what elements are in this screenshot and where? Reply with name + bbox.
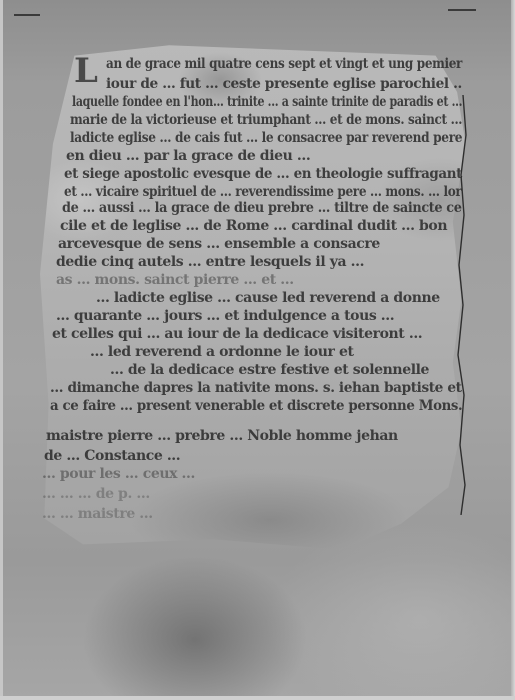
inscription-line: ... dimanche dapres la nativite mons. s.… bbox=[50, 380, 462, 396]
photo-border-right bbox=[511, 0, 515, 700]
inscription-line: ladicte eglise ... de cais fut ... le co… bbox=[70, 130, 462, 146]
inscription-line: ... pour les ... ceux ... bbox=[42, 466, 195, 482]
photo-border-left bbox=[0, 0, 3, 700]
inscription-line: ... de la dedicace estre festive et sole… bbox=[110, 362, 429, 378]
inscription-line: de ... aussi ... la grace de dieu prebre… bbox=[62, 200, 462, 216]
inscription-line: an de grace mil quatre cens sept et ving… bbox=[106, 56, 462, 72]
wall-mark-right bbox=[448, 9, 476, 11]
inscription-line: a ce faire ... present venerable et disc… bbox=[50, 398, 462, 414]
inscription-line: ... ladicte eglise ... cause led reveren… bbox=[96, 290, 440, 306]
wall-mark-left bbox=[14, 14, 40, 16]
inscription-line: en dieu ... par la grace de dieu ... bbox=[66, 148, 310, 164]
inscription-line: de ... Constance ... bbox=[44, 448, 180, 464]
inscription-line: cile et de leglise ... de Rome ... cardi… bbox=[60, 218, 447, 234]
inscription-line: maistre pierre ... prebre ... Noble homm… bbox=[46, 428, 398, 444]
decorated-initial: L bbox=[74, 56, 100, 86]
inscription-line: as ... mons. sainct pierre ... et ... bbox=[56, 272, 294, 288]
inscription-line: et siege apostolic evesque de ... en the… bbox=[64, 166, 462, 182]
inscription-line: marie de la victorieuse et triumphant ..… bbox=[70, 112, 462, 128]
inscription-line: et celles qui ... au iour de la dedicace… bbox=[52, 326, 422, 342]
inscription-line: ... led reverend a ordonne le iour et bbox=[90, 344, 354, 360]
inscription-line: et ... vicaire spirituel de ... reverend… bbox=[64, 184, 461, 200]
inscription-line: laquelle fondee en l'hon... trinite ... … bbox=[72, 94, 462, 110]
inscription-line: dedie cinq autels ... entre lesquels il … bbox=[56, 254, 364, 270]
photograph: L an de grace mil quatre cens sept et vi… bbox=[0, 0, 515, 700]
inscription-line: arcevesque de sens ... ensemble a consac… bbox=[58, 236, 380, 252]
photo-border-bottom bbox=[0, 696, 515, 700]
inscription-line: ... quarante ... jours ... et indulgence… bbox=[56, 308, 394, 324]
inscription-line: iour de ... fut ... ceste presente eglis… bbox=[106, 76, 462, 92]
inscription-line: ... ... maistre ... bbox=[42, 506, 153, 522]
inscription-line: ... ... ... de p. ... bbox=[42, 486, 150, 502]
tablet-crack bbox=[455, 95, 475, 515]
